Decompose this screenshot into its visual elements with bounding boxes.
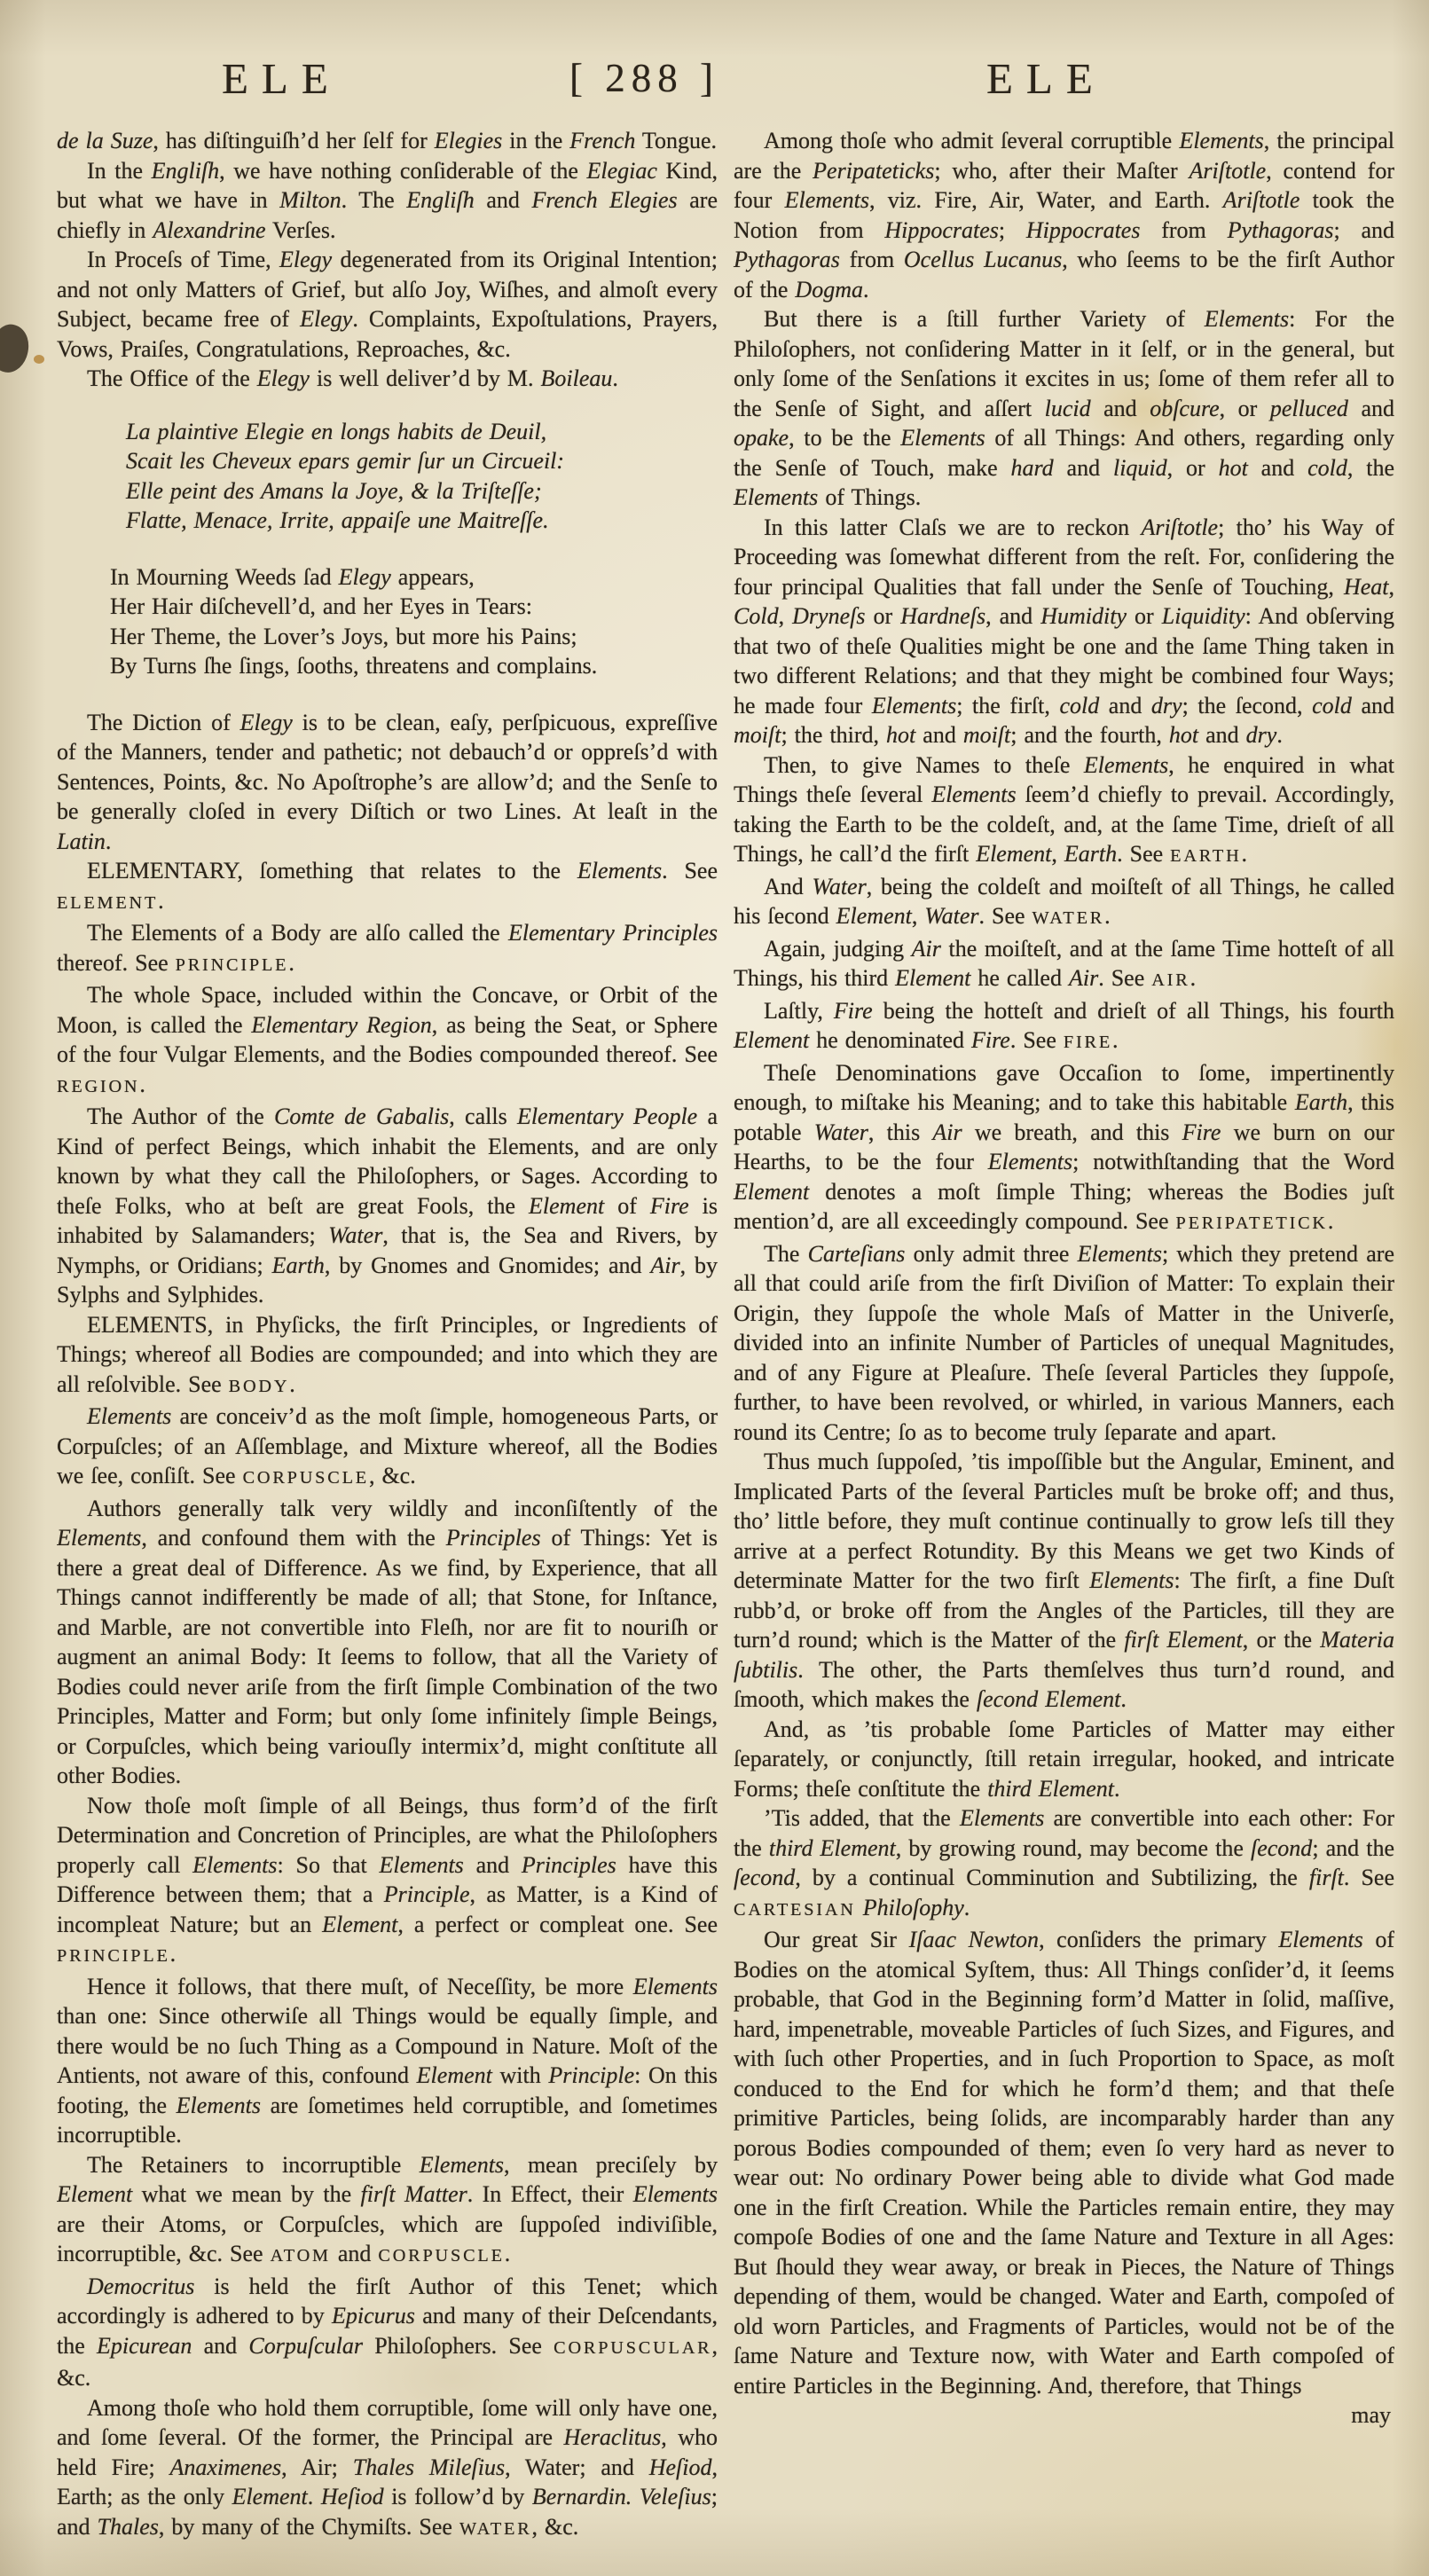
italic-text: dry xyxy=(1246,722,1277,748)
cross-reference: ELEMENT xyxy=(57,893,158,913)
italic-text: Fire xyxy=(834,998,873,1024)
italic-text: Water xyxy=(328,1222,382,1248)
italic-text: Elements xyxy=(177,2093,261,2118)
italic-text: Pythagoras xyxy=(1228,217,1334,243)
paragraph: The Carteſians only admit three Elements… xyxy=(734,1239,1394,1448)
paragraph: ’Tis added, that the Elements are conver… xyxy=(734,1803,1394,1925)
italic-text: Elegy xyxy=(279,247,332,272)
italic-text: Elements xyxy=(380,1852,464,1878)
column-left-paragraphs: de la Suze, has diſtinguiſh’d her ſelf f… xyxy=(57,126,718,2544)
verse-line: Flatte, Menace, Irrite, appaiſe une Mait… xyxy=(126,506,718,536)
italic-text: Elements xyxy=(1278,1927,1362,1952)
italic-text: Air xyxy=(650,1253,679,1278)
cross-reference: AIR xyxy=(1151,970,1190,990)
italic-text: Principles xyxy=(522,1852,616,1878)
italic-text: Elegy xyxy=(257,365,310,391)
italic-text: dry xyxy=(1151,693,1182,719)
paragraph: Hence it follows, that there muſt, of Ne… xyxy=(57,1972,718,2150)
paragraph: And, as ’tis probable ſome Particles of … xyxy=(734,1715,1394,1804)
italic-text: Elements xyxy=(900,425,985,451)
italic-text: Air xyxy=(912,936,941,962)
paragraph: Then, to give Names to theſe Elements, h… xyxy=(734,750,1394,872)
cross-reference: WATER xyxy=(459,2519,532,2539)
italic-text: hot xyxy=(1169,722,1198,748)
column-right: Among thoſe who admit ſeveral corruptibl… xyxy=(734,126,1394,2548)
italic-text: Element xyxy=(734,1179,809,1205)
italic-text: Elements xyxy=(872,693,956,719)
italic-text: Ocellus Lucanus xyxy=(904,247,1062,272)
italic-text: Element xyxy=(976,841,1051,867)
italic-text: Humidity xyxy=(1040,603,1127,629)
cross-reference: CORPUSCULAR xyxy=(554,2338,711,2358)
italic-text: Elegy xyxy=(300,306,352,332)
italic-text: moiſt xyxy=(963,722,1010,748)
paragraph: ELEMENTARY, ſomething that relates to th… xyxy=(57,856,718,918)
italic-text: Element xyxy=(836,903,912,929)
cross-reference: PERIPATETICK xyxy=(1176,1213,1328,1233)
paragraph: ELEMENTS, in Phyſicks, the firſt Princip… xyxy=(57,1310,718,1402)
italic-text: lucid xyxy=(1045,396,1091,421)
verse-paragraph: In Mourning Weeds ſad Elegy appears,Her … xyxy=(110,562,718,681)
running-title-right: ELE xyxy=(986,53,1106,104)
italic-text: Elements xyxy=(785,187,869,213)
verse-line: Scait les Cheveux epars gemir ſur un Cir… xyxy=(126,446,718,476)
italic-text: Iſaac Newton xyxy=(909,1927,1039,1952)
page-number: [ 288 ] xyxy=(569,55,719,101)
italic-text: Fire xyxy=(971,1027,1010,1053)
italic-text: Thales Mileſius xyxy=(353,2454,505,2480)
paragraph: Theſe Denominations gave Occaſion to ſom… xyxy=(734,1058,1394,1239)
italic-text: Elements xyxy=(192,1852,277,1878)
paragraph: Thus much ſuppoſed, ’tis impoſſible but … xyxy=(734,1447,1394,1715)
italic-text: Materia ſubtilis xyxy=(734,1627,1394,1683)
ink-spot xyxy=(34,355,44,364)
italic-text: Philoſophy xyxy=(863,1895,964,1920)
italic-text: Corpuſcular xyxy=(248,2333,363,2359)
italic-text: Principle xyxy=(384,1881,470,1907)
italic-text: Carteſians xyxy=(808,1241,906,1267)
cross-reference: PRINCIPLE xyxy=(176,955,289,975)
italic-text: Element xyxy=(734,1027,809,1053)
italic-text: Hippocrates xyxy=(1026,217,1141,243)
paragraph: In this latter Claſs we are to reckon Ar… xyxy=(734,513,1394,750)
cross-reference: REGION xyxy=(57,1077,139,1096)
italic-text: Dryneſs xyxy=(792,603,865,629)
italic-text: Elements xyxy=(57,1525,141,1551)
italic-text: Element xyxy=(322,1912,397,1937)
paragraph: de la Suze, has diſtinguiſh’d her ſelf f… xyxy=(57,126,718,156)
italic-text: Elements xyxy=(960,1805,1044,1831)
italic-text: Pythagoras xyxy=(734,247,840,272)
cross-reference: CORPUSCLE xyxy=(243,1468,369,1488)
italic-text: cold xyxy=(1059,693,1099,719)
ink-smudge xyxy=(0,319,35,377)
italic-text: Principles xyxy=(446,1525,541,1551)
italic-text: Elements xyxy=(931,781,1016,807)
italic-text: Democritus xyxy=(87,2274,194,2299)
paragraph: Elements are conceiv’d as the moſt ſimpl… xyxy=(57,1402,718,1494)
cross-reference: BODY xyxy=(229,1377,290,1396)
italic-text: Elementary Principles xyxy=(508,920,718,946)
italic-text: French Elegies xyxy=(531,187,677,213)
italic-text: Hippocrates xyxy=(884,217,999,243)
paragraph: The Diction of Elegy is to be clean, eaſ… xyxy=(57,708,718,857)
column-right-paragraphs: Among thoſe who admit ſeveral corruptibl… xyxy=(734,126,1394,2400)
paragraph: Among thoſe who hold them corruptible, ſ… xyxy=(57,2393,718,2545)
italic-text: Milton xyxy=(279,187,341,213)
paragraph: The whole Space, included within the Con… xyxy=(57,980,718,1102)
paragraph: Among thoſe who admit ſeveral corruptibl… xyxy=(734,126,1394,304)
italic-text: Heſiod xyxy=(321,2484,384,2509)
italic-text: Elements xyxy=(633,1974,718,1999)
italic-text: Engliſh xyxy=(152,158,220,184)
verse-line: By Turns ſhe ſings, ſooths, threatens an… xyxy=(110,651,718,681)
italic-text: Element xyxy=(895,965,970,991)
paragraph: The Retainers to incorruptible Elements,… xyxy=(57,2150,718,2272)
cross-reference: EARTH xyxy=(1170,846,1241,866)
column-left: de la Suze, has diſtinguiſh’d her ſelf f… xyxy=(57,126,718,2548)
encyclopedia-page: ELE [ 288 ] ELE de la Suze, has diſtingu… xyxy=(0,0,1429,2576)
italic-text: firſt Matter xyxy=(361,2181,467,2207)
italic-text: firſt Element xyxy=(1124,1627,1242,1653)
italic-text: Dogma xyxy=(795,277,863,302)
cross-reference: WATER xyxy=(1032,908,1105,928)
paragraph: And Water, being the coldeſt and moiſteſ… xyxy=(734,872,1394,934)
italic-text: Elements xyxy=(1205,306,1289,332)
paragraph: Authors generally talk very wildly and i… xyxy=(57,1494,718,1791)
italic-text: cold xyxy=(1307,455,1347,481)
paragraph: The Author of the Comte de Gabalis, call… xyxy=(57,1102,718,1310)
verse-line: Elle peint des Amans la Joye, & la Triſt… xyxy=(126,476,718,507)
italic-text: hot xyxy=(1219,455,1248,481)
italic-text: firſt xyxy=(1309,1865,1344,1890)
verse-line: La plaintive Elegie en longs habits de D… xyxy=(126,417,718,447)
catchword: may xyxy=(734,2400,1394,2431)
italic-text: Epicurus xyxy=(332,2303,415,2329)
italic-text: hard xyxy=(1011,455,1054,481)
italic-text: Ariſtotle xyxy=(1223,187,1300,213)
cross-reference: PRINCIPLE xyxy=(57,1946,170,1966)
cross-reference: CARTESIAN xyxy=(734,1900,856,1920)
italic-text: Earth xyxy=(272,1253,325,1278)
italic-text: Cold xyxy=(734,603,779,629)
verse-line: In Mourning Weeds ſad Elegy appears, xyxy=(110,562,718,593)
italic-text: Fire xyxy=(1182,1119,1221,1145)
italic-text: Ariſtotle xyxy=(1141,514,1218,540)
italic-text: ſecond xyxy=(734,1865,795,1890)
italic-text: French xyxy=(569,128,635,153)
paragraph: The Office of the Elegy is well deliver’… xyxy=(57,364,718,394)
paragraph: In Proceſs of Time, Elegy degenerated fr… xyxy=(57,245,718,364)
italic-text: ſecond xyxy=(1251,1835,1312,1861)
italic-text: Epicurean xyxy=(97,2333,192,2359)
paragraph: In the Engliſh, we have nothing conſider… xyxy=(57,156,718,246)
italic-text: Elements xyxy=(87,1403,171,1429)
italic-text: Ariſtotle xyxy=(1190,158,1267,184)
italic-text: liquid xyxy=(1113,455,1167,481)
italic-text: Element xyxy=(529,1193,604,1219)
italic-text: Elementary Region xyxy=(251,1012,431,1038)
cross-reference: CORPUSCLE xyxy=(378,2246,504,2266)
italic-text: Boileau xyxy=(541,365,613,391)
running-title-left: ELE xyxy=(222,53,342,104)
italic-text: Water xyxy=(924,903,978,929)
italic-text: Elements xyxy=(577,858,662,884)
italic-text: Latin xyxy=(57,829,106,854)
italic-text: Peripateticks xyxy=(813,158,934,184)
italic-text: Elements xyxy=(1078,1241,1162,1267)
italic-text: Anaximenes xyxy=(170,2454,282,2480)
italic-text: Elements xyxy=(734,484,818,510)
italic-text: ſecond Element xyxy=(977,1686,1121,1712)
italic-text: Heat xyxy=(1344,574,1389,600)
italic-text: Element xyxy=(417,2062,492,2088)
italic-text: Element xyxy=(232,2484,308,2509)
italic-text: Water xyxy=(814,1119,868,1145)
paragraph: Our great Sir Iſaac Newton, conſiders th… xyxy=(734,1925,1394,2400)
verse-paragraph: La plaintive Elegie en longs habits de D… xyxy=(126,417,718,536)
page-header: ELE [ 288 ] ELE xyxy=(0,53,1429,128)
italic-text: Elements xyxy=(1084,752,1168,778)
italic-text: cold xyxy=(1312,693,1352,719)
italic-text: moiſt xyxy=(734,722,781,748)
paragraph: Democritus is held the firſt Author of t… xyxy=(57,2272,718,2393)
italic-text: Bernardin. Veleſius xyxy=(532,2484,711,2509)
paragraph: Now thoſe moſt ſimple of all Beings, thu… xyxy=(57,1791,718,1972)
italic-text: Water xyxy=(813,874,867,899)
italic-text: Elements xyxy=(1179,128,1263,153)
paragraph: Laſtly, Fire being the hotteſt and drieſ… xyxy=(734,996,1394,1058)
cross-reference: ATOM xyxy=(271,2246,331,2266)
italic-text: third Element xyxy=(769,1835,896,1861)
italic-text: Elements xyxy=(420,2152,504,2178)
italic-text: Fire xyxy=(650,1193,689,1219)
italic-text: de la Suze xyxy=(57,128,153,153)
italic-text: third Element xyxy=(987,1776,1114,1802)
paragraph: Again, judging Air the moiſteſt, and at … xyxy=(734,934,1394,996)
italic-text: Heſiod xyxy=(649,2454,712,2480)
italic-text: Liquidity xyxy=(1162,603,1245,629)
italic-text: obſcure xyxy=(1150,396,1219,421)
italic-text: Principle xyxy=(548,2062,634,2088)
italic-text: Elementary People xyxy=(517,1103,697,1129)
italic-text: Elegy xyxy=(339,564,391,590)
italic-text: Earth xyxy=(1064,841,1117,867)
cross-reference: FIRE xyxy=(1064,1033,1112,1052)
italic-text: Hardneſs xyxy=(900,603,985,629)
verse-line: Her Hair diſchevell’d, and her Eyes in T… xyxy=(110,592,718,622)
paragraph: The Elements of a Body are alſo called t… xyxy=(57,918,718,980)
italic-text: Thales xyxy=(98,2514,159,2540)
italic-text: Air xyxy=(1069,965,1098,991)
paragraph: But there is a ſtill further Variety of … xyxy=(734,304,1394,513)
italic-text: Alexandrine xyxy=(153,217,265,243)
italic-text: Elements xyxy=(988,1149,1072,1174)
italic-text: pelluced xyxy=(1270,396,1348,421)
text-columns: de la Suze, has diſtinguiſh’d her ſelf f… xyxy=(57,126,1394,2548)
italic-text: Heraclitus xyxy=(564,2424,662,2450)
italic-text: Element xyxy=(57,2181,132,2207)
italic-text: Elegiac xyxy=(587,158,657,184)
verse-line: Her Theme, the Lover’s Joys, but more hi… xyxy=(110,622,718,652)
italic-text: Engliſh xyxy=(406,187,475,213)
italic-text: Elegy xyxy=(240,710,293,735)
italic-text: hot xyxy=(886,722,915,748)
italic-text: Earth xyxy=(1295,1089,1347,1115)
italic-text: Elements xyxy=(1089,1567,1174,1593)
italic-text: Elements xyxy=(633,2181,718,2207)
italic-text: Elegies xyxy=(435,128,503,153)
italic-text: Air xyxy=(932,1119,962,1145)
italic-text: opake xyxy=(734,425,789,451)
italic-text: Comte de Gabalis xyxy=(274,1103,449,1129)
